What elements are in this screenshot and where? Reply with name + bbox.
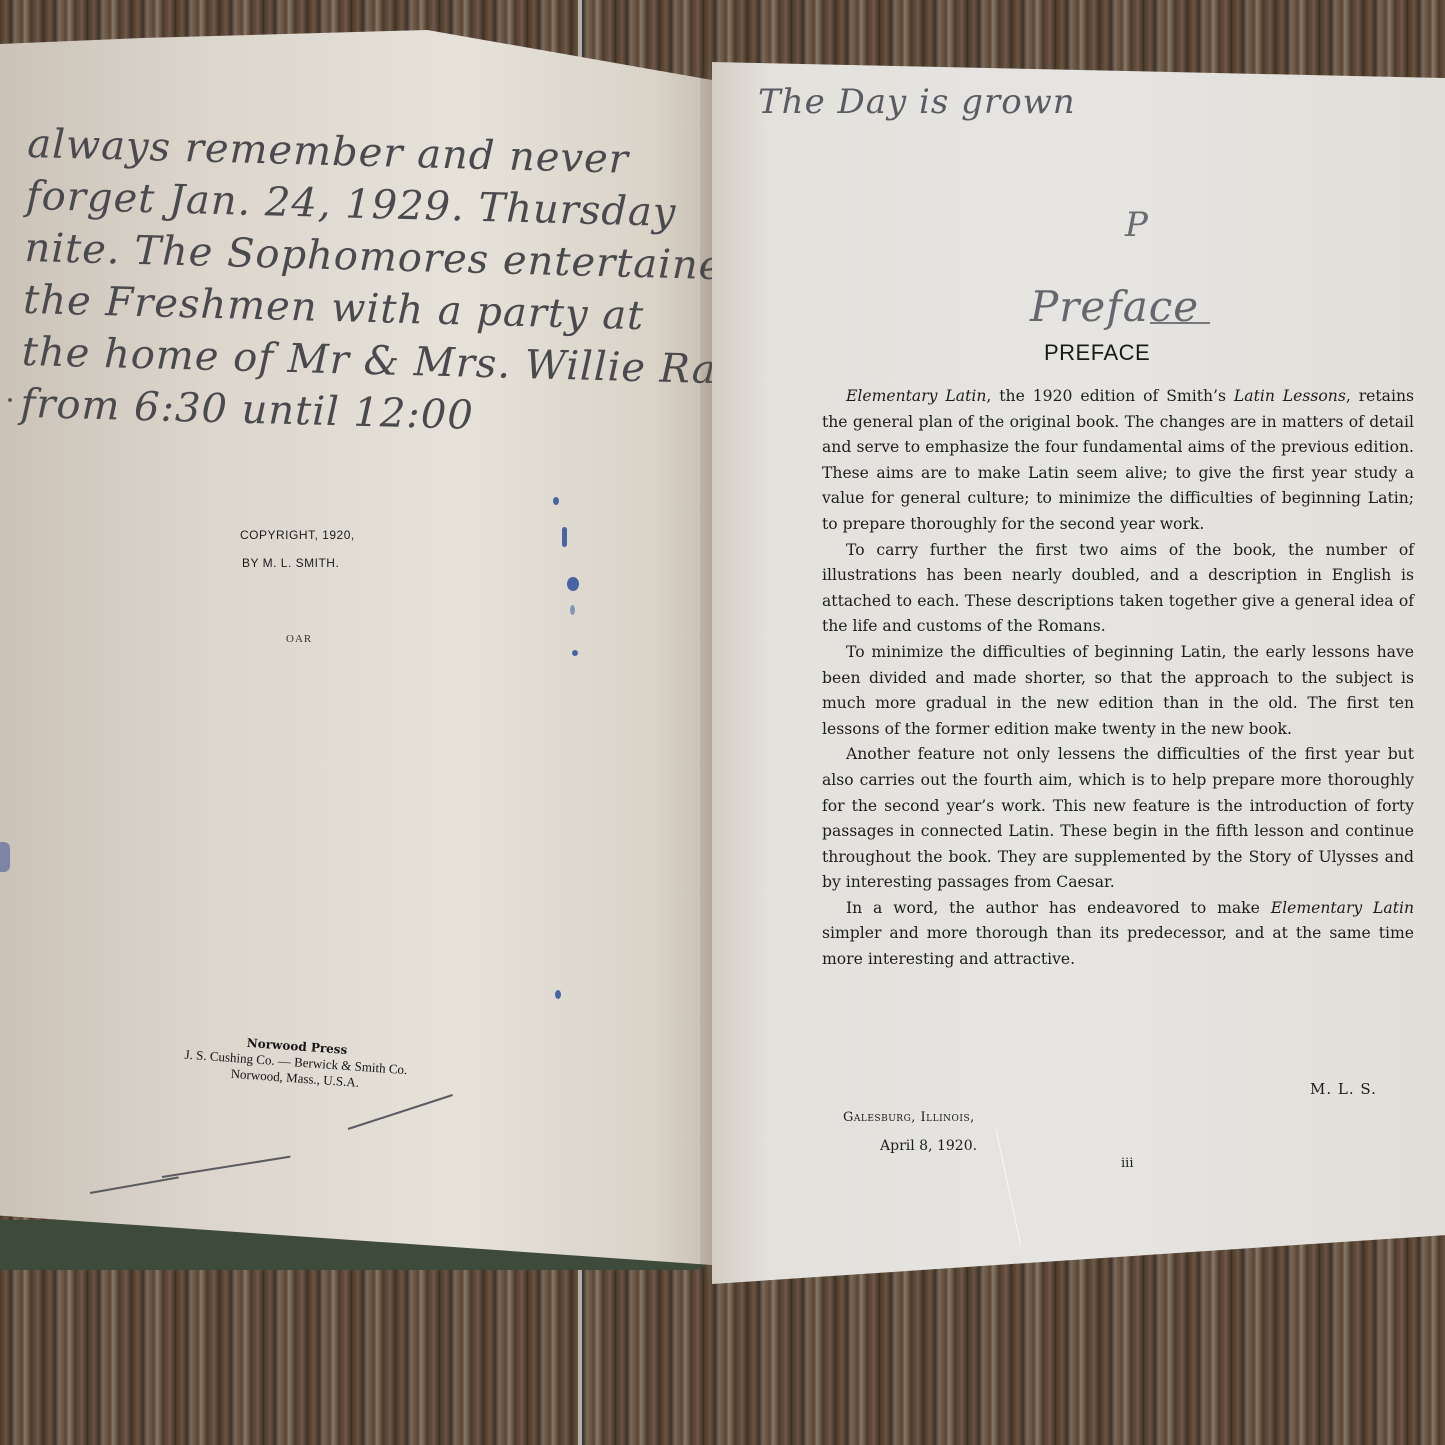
preface-body: Elementary Latin, the 1920 edition of Sm…	[822, 384, 1414, 973]
blue-ink-spot	[570, 605, 575, 615]
paragraph-text: , retains the general plan of the origin…	[822, 387, 1414, 533]
preface-paragraph: In a word, the author has endeavored to …	[822, 896, 1414, 973]
place-line: Galesburg, Illinois,	[843, 1110, 975, 1125]
copyright-notice: COPYRIGHT, 1920, BY M. L. SMITH.	[240, 528, 355, 584]
pencil-stroke	[8, 398, 12, 402]
paragraph-text: In a word, the author has endeavored to …	[846, 899, 1271, 917]
blue-ink-spot	[567, 577, 579, 591]
blue-ink-spot	[562, 527, 567, 547]
handwritten-mark: P	[1125, 205, 1149, 245]
paragraph-text: simpler and more thorough than its prede…	[822, 924, 1414, 968]
blue-ink-spot	[572, 650, 578, 656]
date-line: April 8, 1920.	[880, 1138, 977, 1154]
italic-book-title: Latin Lessons	[1234, 387, 1346, 405]
italic-book-title: Elementary Latin	[1271, 899, 1414, 917]
pencil-underline	[1150, 322, 1210, 324]
page-title: PREFACE	[1044, 340, 1150, 366]
copyright-line: COPYRIGHT, 1920,	[240, 528, 355, 542]
handwritten-top-note: The Day is grown	[758, 82, 1076, 122]
preface-paragraph: Elementary Latin, the 1920 edition of Sm…	[822, 384, 1414, 538]
preface-paragraph: To minimize the difficulties of beginnin…	[822, 640, 1414, 742]
paragraph-text: , the 1920 edition of Smith’s	[986, 387, 1234, 405]
handwritten-note: always remember and never forget Jan. 24…	[20, 118, 755, 449]
preface-paragraph: To carry further the first two aims of t…	[822, 538, 1414, 640]
preface-paragraph: Another feature not only lessens the dif…	[822, 742, 1414, 896]
blue-ink-spot	[555, 990, 561, 999]
page-number: iii	[1121, 1156, 1133, 1171]
blue-ink-smudge	[0, 842, 10, 872]
copyright-author: BY M. L. SMITH.	[242, 556, 355, 570]
italic-book-title: Elementary Latin	[846, 387, 986, 405]
author-initials: M. L. S.	[1310, 1080, 1377, 1098]
blue-ink-spot	[553, 497, 559, 505]
print-code: OAR	[286, 633, 312, 645]
